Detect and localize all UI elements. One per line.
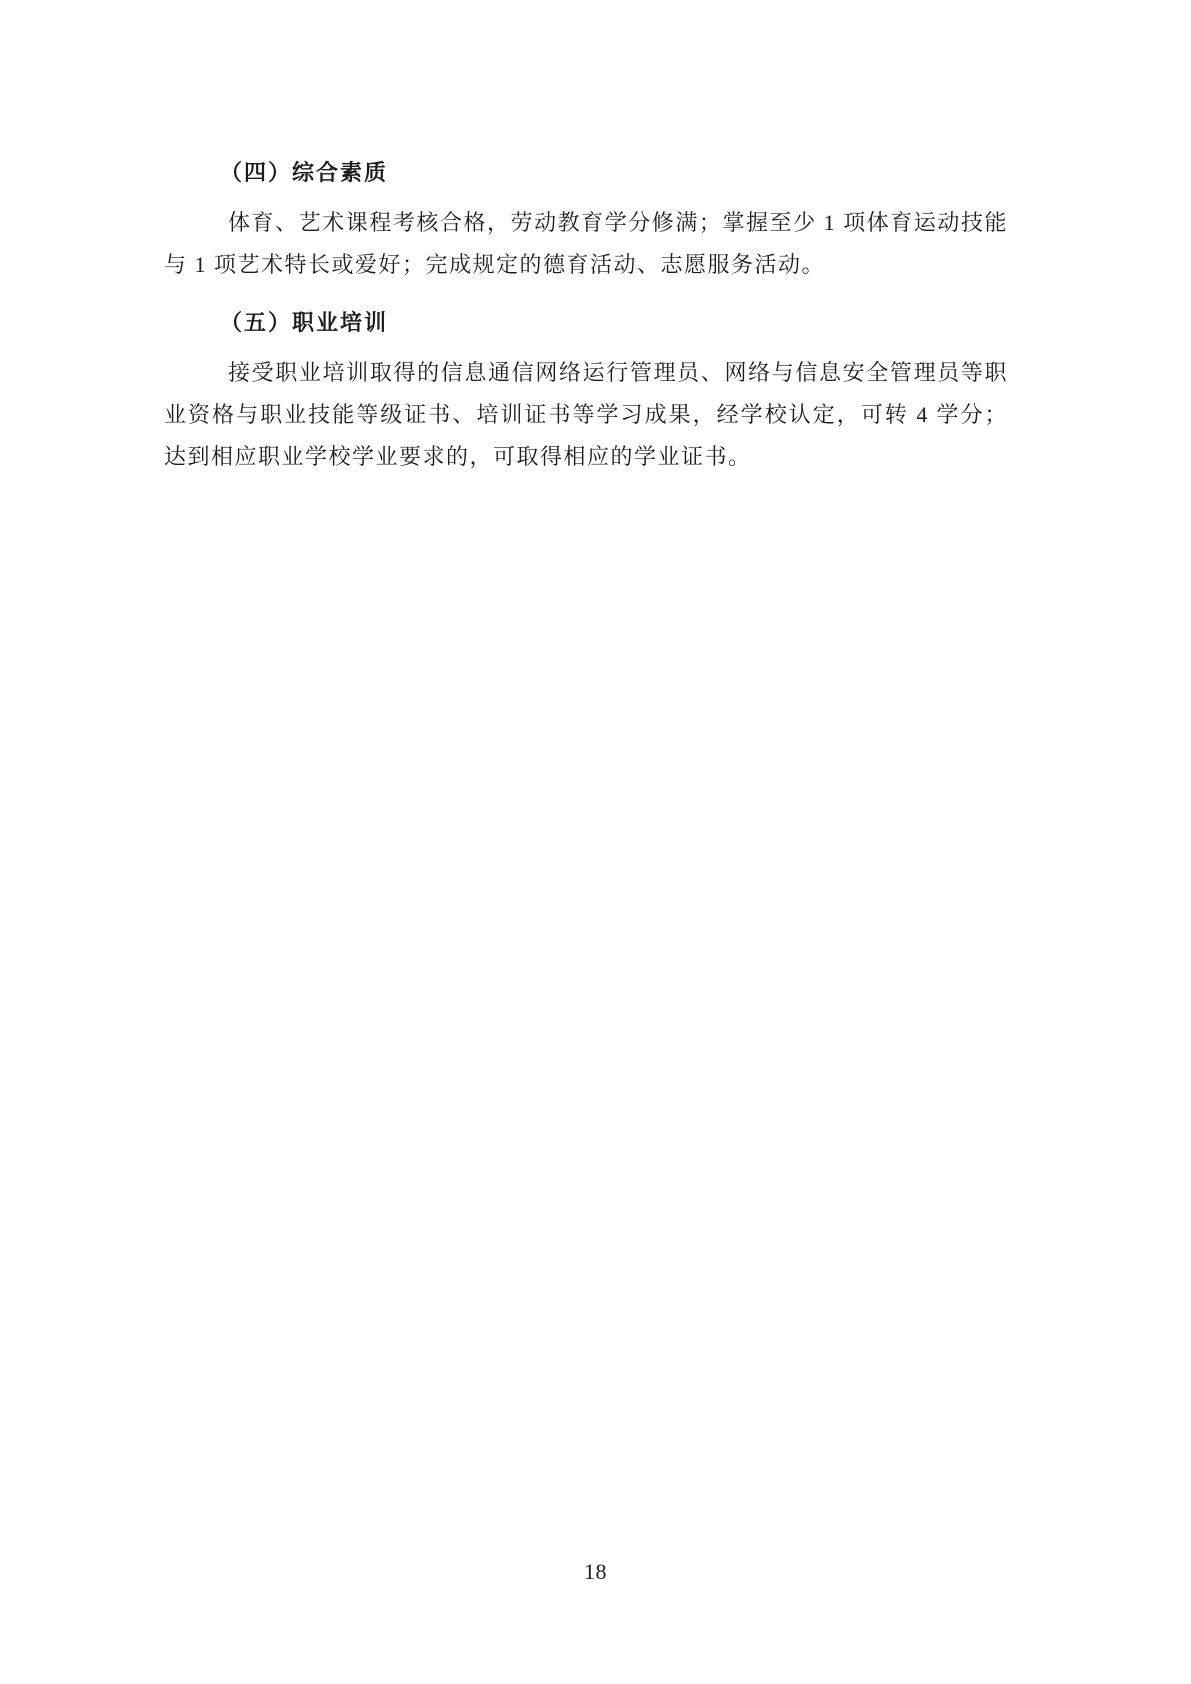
section-heading-comprehensive-quality: （四）综合素质 — [164, 152, 1008, 194]
document-page: （四）综合素质 体育、艺术课程考核合格，劳动教育学分修满；掌握至少 1 项体育运… — [0, 0, 1191, 1684]
section-body-comprehensive-quality: 体育、艺术课程考核合格，劳动教育学分修满；掌握至少 1 项体育运动技能与 1 项… — [164, 202, 1008, 286]
section-heading-vocational-training: （五）职业培训 — [164, 302, 1008, 344]
page-number: 18 — [0, 1559, 1191, 1585]
document-content: （四）综合素质 体育、艺术课程考核合格，劳动教育学分修满；掌握至少 1 项体育运… — [164, 152, 1008, 478]
section-body-vocational-training: 接受职业培训取得的信息通信网络运行管理员、网络与信息安全管理员等职业资格与职业技… — [164, 352, 1008, 478]
